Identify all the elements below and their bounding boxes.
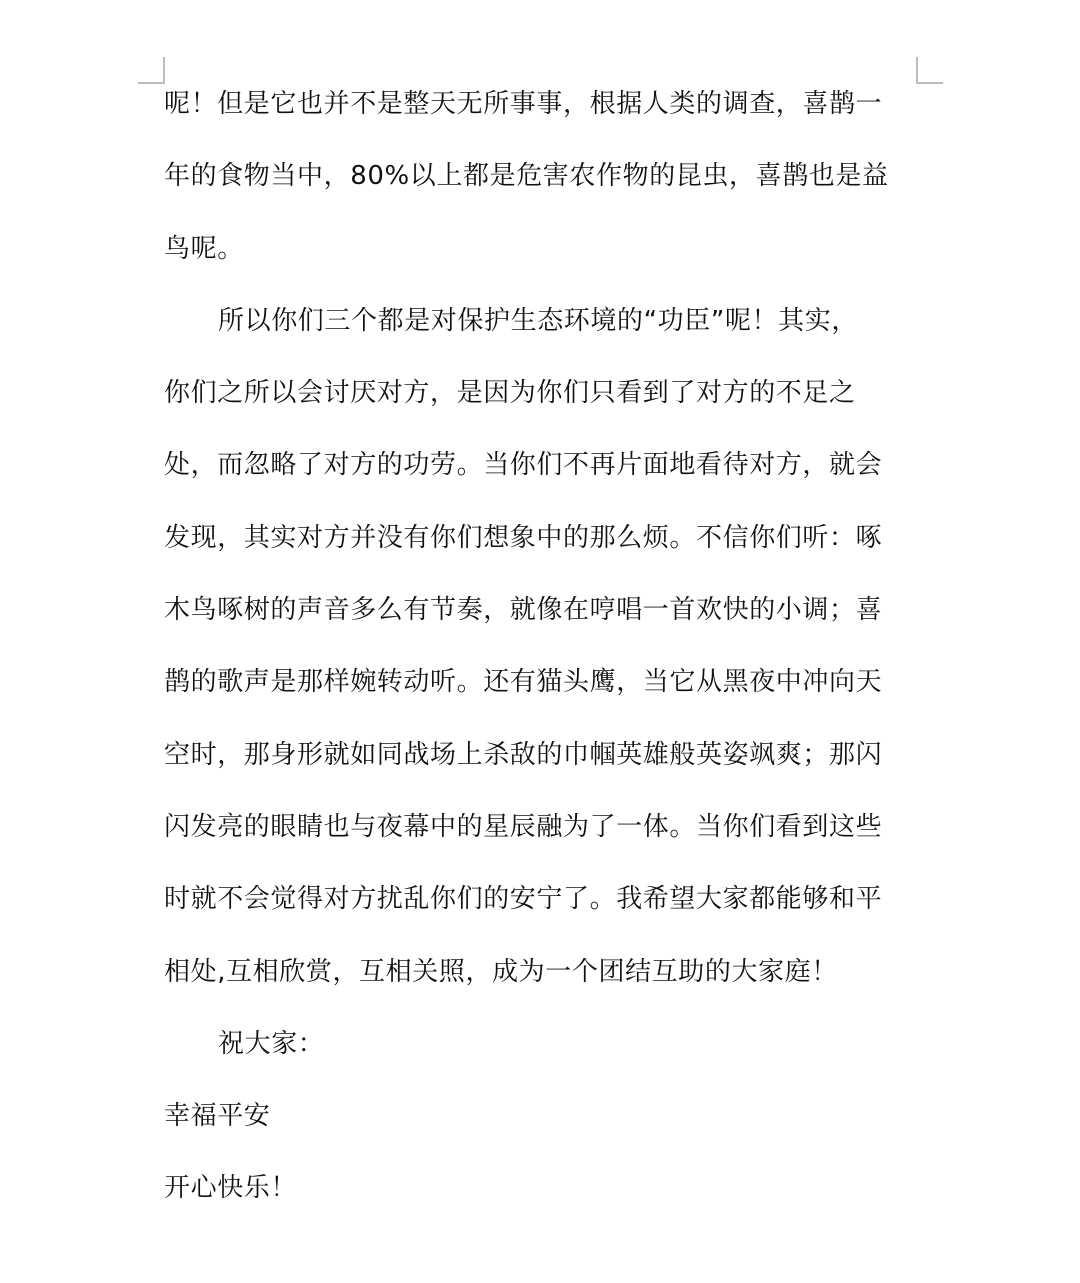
text-line: 相处,互相欣赏，互相关照，成为一个团结互助的大家庭！ xyxy=(164,952,904,1024)
text-line: 时就不会觉得对方扰乱你们的安宁了。我希望大家都能够和平 xyxy=(164,879,904,951)
margin-corner-mark-top-right xyxy=(916,57,943,84)
paragraph-start-line: 所以你们三个都是对保护生态环境的“功臣”呢！其实， xyxy=(164,301,904,373)
text-line: 处，而忽略了对方的功劳。当你们不再片面地看待对方，就会 xyxy=(164,445,904,517)
text-line: 呢！但是它也并不是整天无所事事，根据人类的调查，喜鹊一 xyxy=(164,84,904,156)
text-line: 闪发亮的眼睛也与夜幕中的星辰融为了一体。当你们看到这些 xyxy=(164,807,904,879)
closing-greeting: 祝大家： xyxy=(164,1024,904,1096)
text-line: 鹊的歌声是那样婉转动听。还有猫头鹰，当它从黑夜中冲向天 xyxy=(164,662,904,734)
text-line: 鸟呢。 xyxy=(164,229,904,301)
text-line: 发现，其实对方并没有你们想象中的那么烦。不信你们听：啄 xyxy=(164,518,904,590)
closing-wish-line: 开心快乐！ xyxy=(164,1168,904,1240)
text-line: 木鸟啄树的声音多么有节奏，就像在哼唱一首欢快的小调；喜 xyxy=(164,590,904,662)
margin-corner-mark-top-left xyxy=(138,57,165,84)
document-page: 呢！但是它也并不是整天无所事事，根据人类的调查，喜鹊一 年的食物当中，80%以上… xyxy=(0,0,1080,1283)
closing-wish-line: 幸福平安 xyxy=(164,1096,904,1168)
document-body[interactable]: 呢！但是它也并不是整天无所事事，根据人类的调查，喜鹊一 年的食物当中，80%以上… xyxy=(164,84,904,1241)
text-line: 空时，那身形就如同战场上杀敌的巾帼英雄般英姿飒爽；那闪 xyxy=(164,735,904,807)
text-line: 年的食物当中，80%以上都是危害农作物的昆虫，喜鹊也是益 xyxy=(164,156,904,228)
text-line: 你们之所以会讨厌对方，是因为你们只看到了对方的不足之 xyxy=(164,373,904,445)
